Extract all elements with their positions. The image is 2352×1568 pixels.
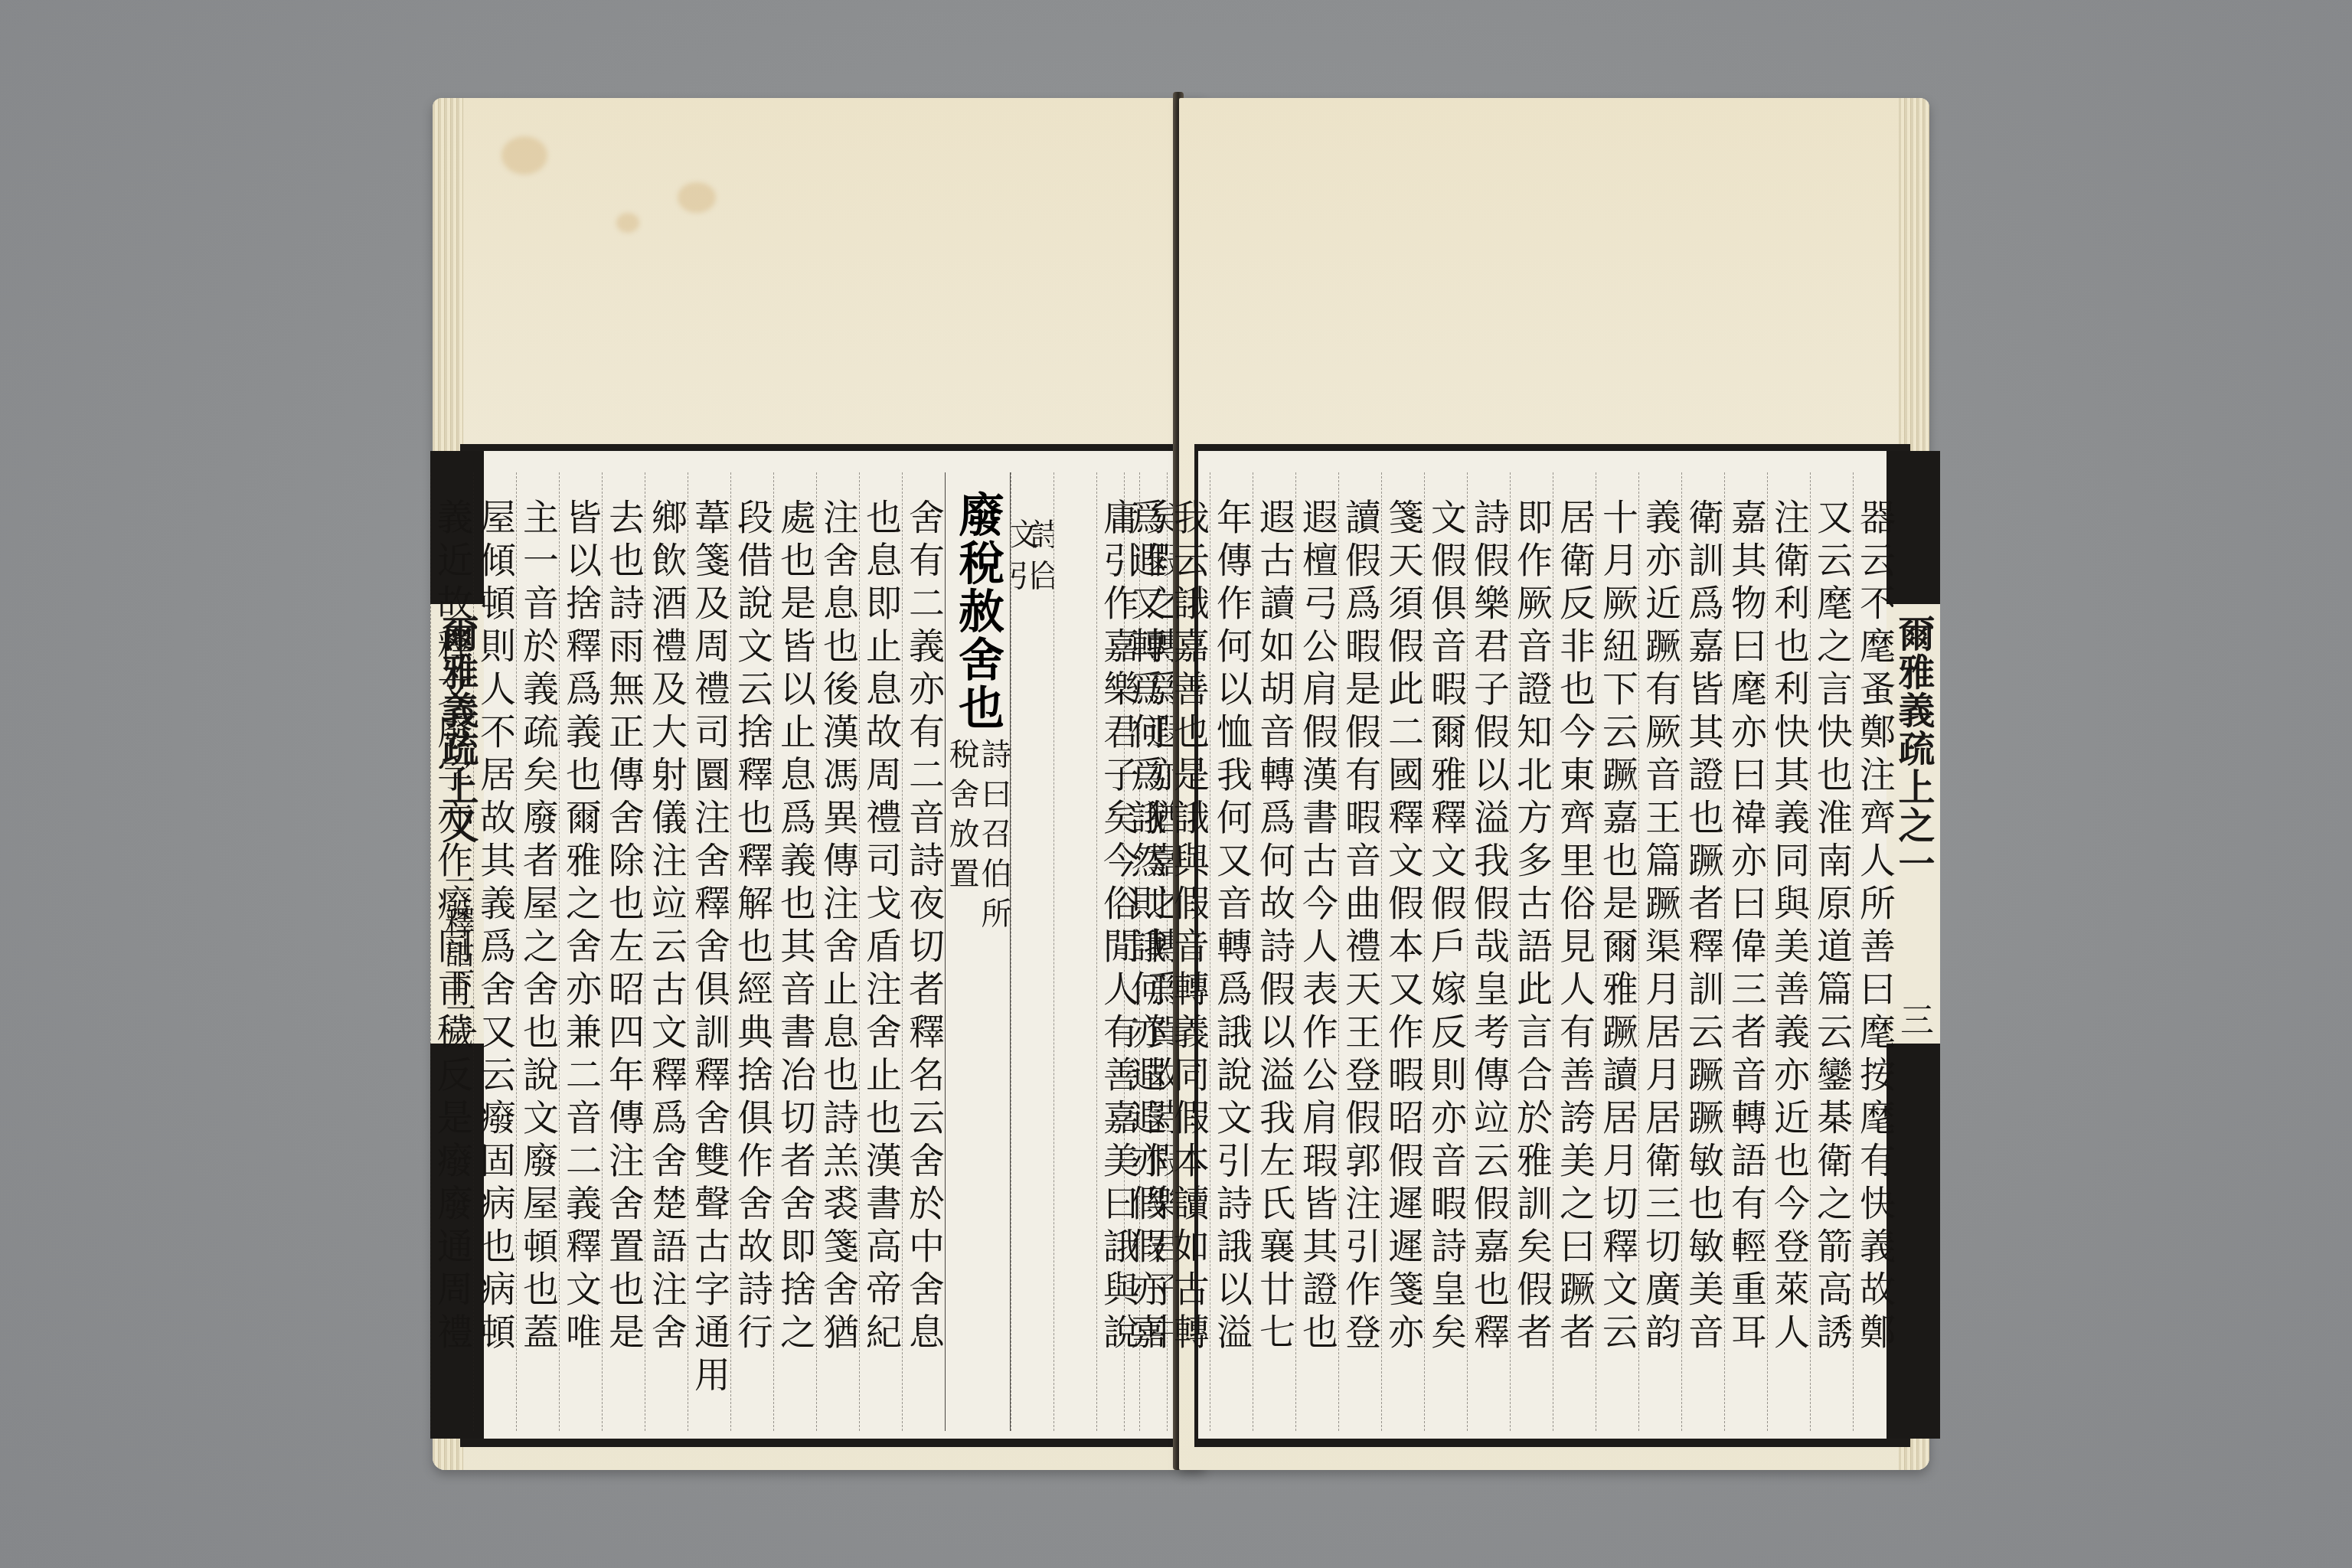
text-column: 屋傾頓則人不居故其義爲舍又云癈固病也病頓 [473,472,516,1431]
blank-column [1053,472,1096,1431]
text-column: 衛訓爲嘉皆其證也蹶者釋訓云蹶蹶敏也敏美音 [1681,472,1724,1431]
gloss-line: 詩曰召伯所 [978,738,1009,937]
text-column: 我云誐嘉善也是誐與假音轉義同假本讀如古轉 [1167,472,1210,1431]
text-column: 即作厥音證知北方多古語此言合於雅訓矣假者 [1510,472,1553,1431]
text-column: 爲遐又轉爲何爲誐然則誐何亦遐遐亦假假亦嘉 [1124,472,1167,1431]
text-column: 葦箋及周禮司圜注舍釋舍俱訓釋舍雙聲古字通用 [688,472,730,1431]
annotation-line: 詩合 [1033,518,1053,1431]
text-column: 十月厥紐下云蹶嘉也是爾雅蹶讀居月切釋文云 [1596,472,1638,1431]
gloss-line: 稅舍放置 [946,738,977,937]
right-page: 爾雅義疏上之一 三 器云不麾蚤鄭注齊人所善曰麾按麾有快義故鄭 又云麾之言快也淮南… [1179,98,1929,1470]
text-column: 義近故釋文廢字亦作癈同甫穢反是癈廢通周禮 [430,472,473,1431]
text-column: 遐古讀如胡音轉爲何故詩假以溢我左氏襄廿七 [1253,472,1295,1431]
small-annotation-column: 文引 詩合 [1011,472,1053,1431]
text-column: 讀假爲暇是假有暇音曲禮天王登假郭注引作登 [1338,472,1381,1431]
text-column: 箋天須假此二國釋文假本又作暇昭假遲遲箋亦 [1381,472,1424,1431]
right-text-columns: 器云不麾蚤鄭注齊人所善曰麾按麾有快義故鄭 又云麾之言快也淮南原道篇云鑾棊衛之箭高… [1198,451,1906,1439]
text-column: 去也詩雨無正傳舍除也左昭四年傳注舍置也是 [602,472,645,1431]
text-column: 鄉飲酒禮及大射儀注竝云古文釋爲舍楚語注舍 [645,472,688,1431]
text-column: 又云麾之言快也淮南原道篇云鑾棊衛之箭高誘 [1810,472,1853,1431]
headword-gloss: 詩曰召伯所 稅舍放置 [946,738,1009,937]
text-column: 處也是皆以止息爲義也其音書冶切者舍即捨之 [773,472,816,1431]
text-column: 居衛反非也今東齊里俗見人有善誇美之曰蹶者 [1553,472,1596,1431]
text-column: 文假俱音暇爾雅釋文假戶嫁反則亦音暇詩皇矣 [1424,472,1467,1431]
text-column: 遐檀弓公肩假漢書古今人表作公肩瑕皆其證也 [1295,472,1338,1431]
right-print-frame: 爾雅義疏上之一 三 器云不麾蚤鄭注齊人所善曰麾按麾有快義故鄭 又云麾之言快也淮南… [1194,444,1910,1447]
text-column: 嘉其物曰麾亦曰禕亦曰偉三者音轉語有輕重耳 [1724,472,1767,1431]
left-print-frame: 爾雅義疏上又 一 釋詁下 三 矣假之轉爲遐亦猶嘉之轉爲賀故詩假樂君子中 庸引作嘉… [460,444,1197,1447]
text-column: 年傳作何以恤我何又音轉爲誐說文引詩誐以溢 [1210,472,1253,1431]
annotation-line: 文引 [1011,518,1031,1431]
open-book: 爾雅義疏上又 一 釋詁下 三 矣假之轉爲遐亦猶嘉之轉爲賀故詩假樂君子中 庸引作嘉… [0,0,2352,1568]
text-column: 舍有二義亦有二音詩夜切者釋名云舍於中舍息 [902,472,945,1431]
text-column: 注衛利也利快其義同與美善義亦近也今登萊人 [1767,472,1810,1431]
text-column: 詩假樂君子假以溢我假哉皇考傳竝云假嘉也釋 [1467,472,1510,1431]
foxing-stain [678,182,716,213]
text-column: 也息即止息故周禮司戈盾注舍止也漢書高帝紀 [859,472,902,1431]
text-column: 器云不麾蚤鄭注齊人所善曰麾按麾有快義故鄭 [1853,472,1896,1431]
foxing-stain [501,136,547,175]
text-column: 義亦近蹶有厥音王篇蹶渠月居月居衛三切廣韵 [1638,472,1681,1431]
headword-column: 廢稅赦舍也 詩曰召伯所 稅舍放置 [945,472,1011,1431]
text-column: 段借說文云捨釋也釋解也經典捨俱作舍故詩行 [730,472,773,1431]
left-page: 爾雅義疏上又 一 釋詁下 三 矣假之轉爲遐亦猶嘉之轉爲賀故詩假樂君子中 庸引作嘉… [433,98,1204,1470]
headword-entry: 廢稅赦舍也 [946,491,1010,732]
text-column: 皆以捨釋爲義也爾雅之舍亦兼二音二義釋文唯 [559,472,602,1431]
text-column: 注舍息也後漢馮異傳注舍止息也詩羔裘箋舍猶 [816,472,859,1431]
left-text-columns: 矣假之轉爲遐亦猶嘉之轉爲賀故詩假樂君子中 庸引作嘉樂君子矣今俗閒人有善嘉美曰誐與… [464,451,1193,1439]
text-column: 主一音於義疏矣廢者屋之舍也說文廢屋頓也蓋 [516,472,559,1431]
foxing-stain [616,213,639,233]
